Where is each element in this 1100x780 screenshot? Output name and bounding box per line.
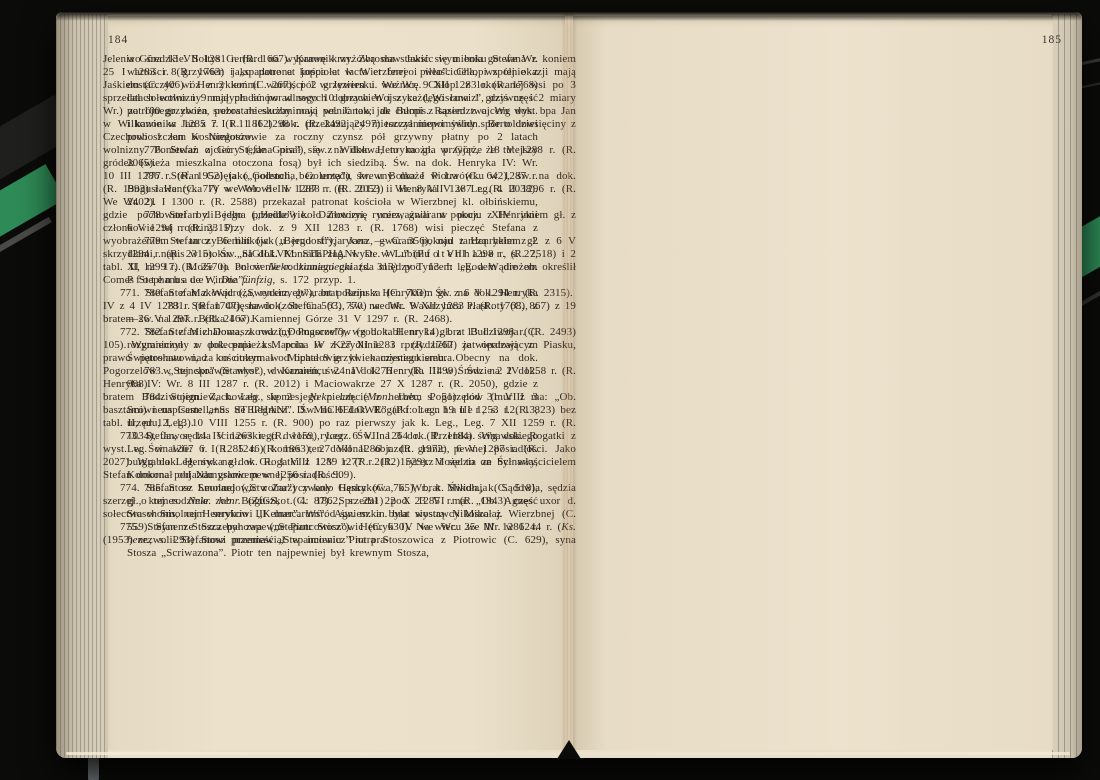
page-fore-edge-right: [1052, 14, 1082, 758]
paragraph: 784. Stoigniew, k. Leg., komes. Nekr. lu…: [127, 391, 576, 482]
right-page: [573, 16, 1053, 750]
page-fore-edge-left: [56, 14, 108, 758]
text-run: 781. Stefan Otjęsławic (zob. C. 563), św…: [127, 300, 576, 325]
text-run: 776. Stefan z Góry („de Gora”), św. na d…: [127, 144, 576, 169]
text-run: 778. Stefan z Bedlna („Heide”) koło Złot…: [127, 209, 576, 234]
text-run: 779. Stefan z Biernatków („Berndorf”), r…: [127, 235, 576, 273]
text-run: wo średzkie. Sołtys Gerhard na wyprawę k…: [127, 53, 576, 143]
text-run: ,: [213, 274, 221, 286]
text-run: (: [357, 391, 368, 403]
text-run: Mon. Lub.: [367, 391, 417, 403]
paragraph: 781. Stefan Otjęsławic (zob. C. 563), św…: [127, 300, 576, 326]
text-run: Pfotenhauer: [127, 274, 213, 286]
text-run: Nekr. lub.: [309, 391, 356, 403]
paragraph: 780. Stefan z Wądroża, rycerz, gwarant p…: [127, 287, 576, 300]
paragraph: 783. „Stencko” (Stanko?), dworzanin, św.…: [127, 365, 576, 391]
open-book: 184 185 Jelenia Góra 13 VII 1281 r. (R. …: [56, 12, 1082, 758]
text-run: Nekr. henr.: [188, 495, 241, 507]
paragraph: 776. Stefan z Góry („de Gora”), św. na d…: [127, 144, 576, 170]
text-run: 784. Stoigniew, k. Leg., komes.: [144, 391, 309, 403]
paragraph: 778. Stefan z Bedlna („Heide”) koło Złot…: [127, 209, 576, 235]
text-run: , s. 172 przyp. 1.: [273, 274, 356, 286]
paragraph: 777. Stefan Golęta („Golencha, Golenta”)…: [127, 170, 576, 209]
book-gutter: [561, 12, 577, 752]
photo-scene: { "colors":{"background":"#0b0b0a","page…: [0, 0, 1100, 780]
paragraph: 779. Stefan z Biernatków („Berndorf”), r…: [127, 235, 576, 287]
text-run: 780. Stefan z Wądroża, rycerz, gwarant p…: [144, 287, 573, 299]
page-text-right: wo średzkie. Sołtys Gerhard na wyprawę k…: [127, 53, 576, 560]
text-run: , s. 51) pod 31 VIII ma: „Ob. Scowneus C…: [127, 391, 576, 481]
text-run: 782. Stefan z Domaszkowa („Domascov”), w…: [127, 326, 576, 364]
background: 184 185 Jelenia Góra 13 VII 1281 r. (R. …: [0, 0, 1100, 780]
text-run: 777. Stefan Golęta („Golencha, Golenta”)…: [127, 170, 576, 208]
text-run: 783. „Stencko” (Stanko?), dworzanin, św.…: [127, 365, 576, 390]
paragraph: wo średzkie. Sołtys Gerhard na wyprawę k…: [127, 53, 576, 144]
gutter-notch: [557, 740, 581, 759]
text-run: , s. 293) Stosz przemawiał w imieniu Pio…: [127, 534, 576, 559]
page-number-right: 185: [1042, 34, 1062, 46]
text-run: Die fünfzig: [221, 274, 273, 286]
page-number-left: 184: [108, 34, 128, 46]
paragraph: 782. Stefan z Domaszkowa („Domascov”), w…: [127, 326, 576, 365]
paragraph: 785. Stosz Leonardowic z Zarzycy koło He…: [127, 482, 576, 560]
